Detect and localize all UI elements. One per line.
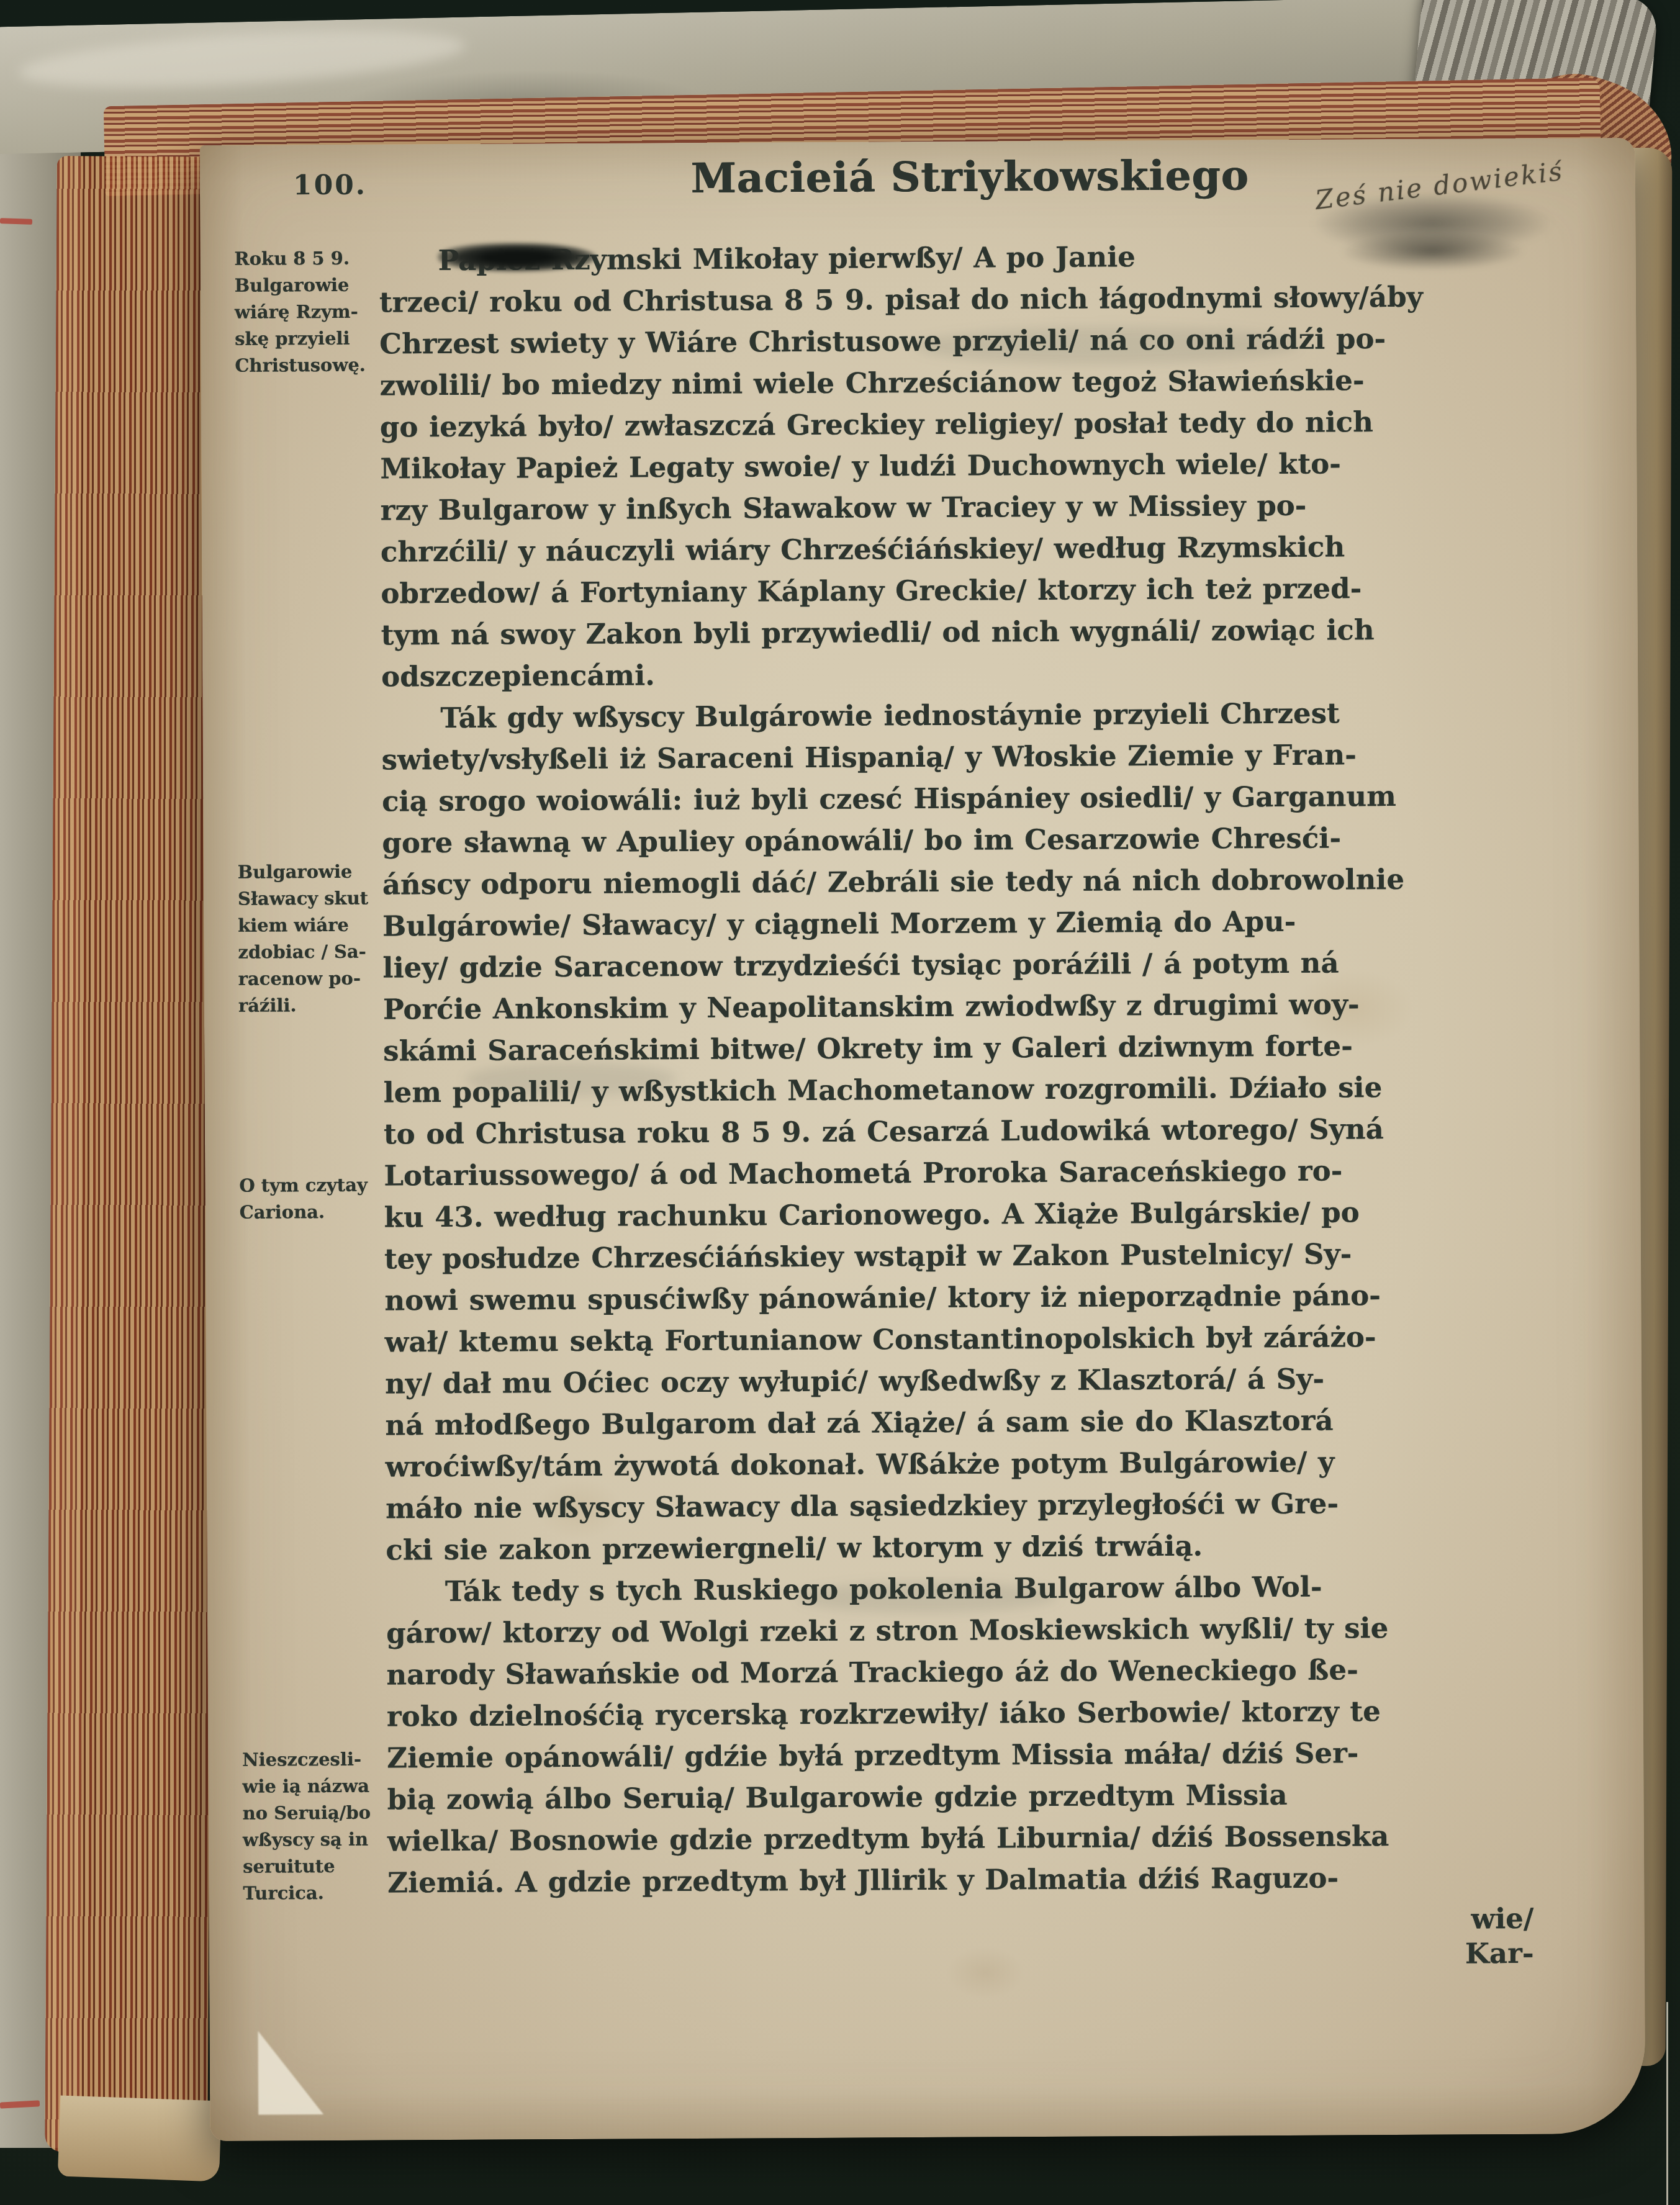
body-line: swiety/vsłyßeli iż Saraceni Hispanią/ y … (382, 737, 1493, 784)
body-line-text: áńscy odporu niemogli dáć/ Zebráli sie t… (382, 862, 1404, 903)
ink-blot (438, 243, 596, 272)
body-line-text: tey posłudze Chrzesćiáńskiey wstąpił w Z… (384, 1237, 1352, 1276)
body-line-text: ná młodßego Bulgarom dał zá Xiąże/ á sam… (385, 1404, 1333, 1443)
body-line: to od Christusa roku 8 5 9. zá Cesarzá L… (384, 1111, 1495, 1158)
margin-note-line: zdobiac / Sa- (238, 939, 386, 966)
body-line: tey posłudze Chrzesćiáńskiey wstąpił w Z… (384, 1236, 1496, 1283)
body-line-text: go iezyká było/ zwłaszczá Greckiey relig… (380, 405, 1373, 444)
body-line-text: rzy Bulgarow y inßych Sławakow w Traciey… (381, 489, 1307, 528)
page-edges-left (45, 156, 220, 2153)
body-line-text: gore sławną w Apuliey opánowáli/ bo im C… (382, 821, 1341, 860)
body-line: Ziemie opánowáli/ gdźie byłá przedtym Mi… (387, 1735, 1498, 1782)
margin-note-line: Roku 8 5 9. (234, 245, 382, 273)
body-line: Ták tedy s tych Ruskiego pokolenia Bulga… (386, 1569, 1497, 1616)
body-line-text: wroćiwßy/tám żywotá dokonał. Wßákże poty… (386, 1445, 1335, 1485)
body-line: wielka/ Bosnowie gdzie przedtym byłá Lib… (387, 1818, 1499, 1865)
body-line: ku 43. według rachunku Carionowego. A Xi… (384, 1194, 1496, 1242)
body-line-text: tym ná swoy Zakon byli przywiedli/ od ni… (381, 613, 1375, 652)
margin-note-line: Turcica. (243, 1880, 391, 1907)
body-line-text: liey/ gdzie Saracenow trzydzieśći tysiąc… (382, 945, 1339, 985)
body-line-text: obrzedow/ á Fortyniany Káplany Greckie/ … (381, 571, 1362, 611)
body-line: Papież Rzymski Mikołay pierwßy/ A po Jan… (379, 238, 1490, 285)
body-line: nowi swemu spusćiwßy pánowánie/ ktory iż… (384, 1278, 1496, 1325)
body-line: trzeci/ roku od Christusa 8 5 9. pisał d… (379, 279, 1491, 327)
body-line-text: bią zowią álbo Seruią/ Bulgarowie gdzie … (387, 1778, 1287, 1818)
body-line: roko dzielnośćią rycerską rozkrzewiły/ i… (387, 1693, 1498, 1741)
margin-note: Nieszczesli-wie ią názwano Seruią/bowßys… (242, 1746, 391, 1907)
body-line: rzy Bulgarow y inßych Sławakow w Traciey… (381, 487, 1492, 534)
body-line: zwolili/ bo miedzy nimi wiele Chrześcián… (379, 363, 1491, 410)
body-line-text: gárow/ ktorzy od Wolgi rzeki z stron Mos… (386, 1611, 1388, 1651)
page-corner-fold (258, 2031, 324, 2115)
body-line-text: Ták gdy wßyscy Bulgárowie iednostáynie p… (440, 696, 1340, 736)
red-pen-mark (0, 218, 32, 225)
margin-note: O tym czytayCariona. (239, 1172, 387, 1226)
book-page: 100. Macieiá Striykowskiego Ześ nie dowi… (200, 138, 1646, 2141)
body-line: narody Sławańskie od Morzá Trackiego áż … (386, 1652, 1497, 1699)
body-line-text: nowi swemu spusćiwßy pánowánie/ ktory iż… (384, 1278, 1381, 1318)
margin-note-line: racenow po- (238, 965, 386, 993)
body-line-text: cki sie zakon przewiergneli/ w ktorym y … (386, 1529, 1203, 1568)
body-line-text: zwolili/ bo miedzy nimi wiele Chrześcián… (379, 363, 1364, 403)
margin-note-line: Nieszczesli- (242, 1746, 390, 1774)
body-line-text: Ziemiá. A gdzie przedtym był Jllirik y D… (387, 1861, 1339, 1901)
margin-note-line: Bulgarowie (235, 272, 382, 299)
body-line-text: Porćie Ankonskim y Neapolitanskim zwiodw… (383, 987, 1360, 1027)
margin-note-line: wßyscy są in (243, 1826, 391, 1854)
margin-note-line: wie ią názwa (242, 1773, 390, 1800)
body-line: cią srogo woiowáli: iuż byli czesć Hispá… (382, 778, 1493, 826)
body-line: go iezyká było/ zwłaszczá Greckiey relig… (380, 404, 1491, 451)
body-line-text: swiety/vsłyßeli iż Saraceni Hispanią/ y … (382, 737, 1357, 777)
body-line: lem popalili/ y wßystkich Machometanow r… (383, 1070, 1494, 1117)
margin-note-line: seruitute (243, 1853, 391, 1880)
body-line: Ziemiá. A gdzie przedtym był Jllirik y D… (387, 1860, 1499, 1907)
body-line: Lotariussowego/ á od Machometá Proroka S… (384, 1153, 1495, 1200)
body-line-text: Bulgárowie/ Sławacy/ y ciągneli Morzem y… (382, 904, 1296, 944)
body-line: ná młodßego Bulgarom dał zá Xiąże/ á sam… (385, 1402, 1496, 1450)
body-line: gárow/ ktorzy od Wolgi rzeki z stron Mos… (386, 1610, 1497, 1657)
body-line: skámi Saraceńskimi bitwe/ Okrety im y Ga… (383, 1028, 1494, 1075)
margin-note-line: ráźili. (238, 992, 386, 1019)
body-line-text: Ták tedy s tych Ruskiego pokolenia Bulga… (445, 1570, 1322, 1609)
body-line-text: chrzćili/ y náuczyli wiáry Chrześćiáński… (381, 530, 1345, 569)
body-line: liey/ gdzie Saracenow trzydzieśći tysiąc… (382, 945, 1494, 992)
margin-note: BulgarowieSławacy skutkiem wiárezdobiac … (238, 859, 386, 1019)
margin-note-line: Christusowę. (235, 352, 382, 379)
body-line: máło nie wßyscy Sławacy dla sąsiedzkiey … (386, 1486, 1497, 1533)
margin-note-line: kiem wiáre (238, 912, 386, 939)
body-line-text: wał/ ktemu sektą Fortunianow Constantino… (385, 1320, 1376, 1360)
body-line: wie/ Kar- (387, 1901, 1499, 1949)
body-line-text: odszczepiencámi. (381, 658, 655, 694)
book-photo: 100. Macieiá Striykowskiego Ześ nie dowi… (0, 0, 1680, 2205)
margin-note: Roku 8 5 9.Bulgarowiewiárę Rzym-skę przy… (234, 245, 382, 379)
margin-note-line: wiárę Rzym- (235, 299, 382, 326)
body-line: chrzćili/ y náuczyli wiáry Chrześćiáński… (381, 529, 1492, 576)
body-line-text: ny/ dał mu Oćiec oczy wyłupić/ wyßedwßy … (385, 1362, 1324, 1402)
body-line: obrzedow/ á Fortyniany Káplany Greckie/ … (381, 570, 1492, 618)
body-line-text: cią srogo woiowáli: iuż byli czesć Hispá… (382, 779, 1396, 819)
body-line: wroćiwßy/tám żywotá dokonał. Wßákże poty… (386, 1444, 1497, 1491)
body-line: ny/ dał mu Oćiec oczy wyłupić/ wyßedwßy … (385, 1361, 1496, 1408)
body-line: Porćie Ankonskim y Neapolitanskim zwiodw… (383, 986, 1494, 1034)
body-text: Papież Rzymski Mikołay pierwßy/ A po Jan… (379, 238, 1499, 1949)
bookmark-thread (1666, 2002, 1668, 2205)
page-edges-bottom (58, 2096, 222, 2182)
body-line-text: máło nie wßyscy Sławacy dla sąsiedzkiey … (386, 1487, 1339, 1526)
body-line-text: roko dzielnośćią rycerską rozkrzewiły/ i… (387, 1694, 1381, 1734)
body-line: Chrzest swiety y Wiáre Christusowe przyi… (379, 321, 1491, 368)
body-line-text: ku 43. według rachunku Carionowego. A Xi… (384, 1195, 1360, 1235)
body-line: bią zowią álbo Seruią/ Bulgarowie gdzie … (387, 1777, 1498, 1824)
body-line-text: wie/ Kar- (1465, 1901, 1499, 1949)
margin-note-line: Sławacy skut (238, 885, 386, 913)
body-line-text: wielka/ Bosnowie gdzie przedtym byłá Lib… (387, 1819, 1389, 1859)
body-line: gore sławną w Apuliey opánowáli/ bo im C… (382, 820, 1493, 867)
body-line-text: Mikołay Papież Legaty swoie/ y ludźi Duc… (380, 446, 1341, 486)
body-line: odszczepiencámi. (381, 654, 1493, 701)
body-line: áńscy odporu niemogli dáć/ Zebráli sie t… (382, 862, 1494, 909)
body-line-text: narody Sławańskie od Morzá Trackiego áż … (386, 1653, 1358, 1692)
margin-note-line: O tym czytay (239, 1172, 387, 1199)
body-line: cki sie zakon przewiergneli/ w ktorym y … (386, 1527, 1497, 1574)
margin-note-line: no Seruią/bo (243, 1800, 391, 1827)
body-line-text: to od Christusa roku 8 5 9. zá Cesarzá L… (384, 1112, 1384, 1152)
body-line: Bulgárowie/ Sławacy/ y ciągneli Morzem y… (382, 903, 1494, 950)
body-line-text: Lotariussowego/ á od Machometá Proroka S… (384, 1153, 1342, 1193)
body-line: Ták gdy wßyscy Bulgárowie iednostáynie p… (381, 695, 1493, 742)
margin-note-line: skę przyieli (235, 325, 382, 353)
margin-note-line: Cariona. (239, 1199, 387, 1226)
body-line-text: Ziemie opánowáli/ gdźie byłá przedtym Mi… (387, 1736, 1359, 1775)
body-line: Mikołay Papież Legaty swoie/ y ludźi Duc… (380, 446, 1491, 493)
body-line-text: Chrzest swiety y Wiáre Christusowe przyi… (379, 322, 1386, 361)
body-line-text: skámi Saraceńskimi bitwe/ Okrety im y Ga… (383, 1029, 1353, 1068)
margin-notes: Roku 8 5 9.Bulgarowiewiárę Rzym-skę przy… (234, 145, 392, 2141)
body-line: tym ná swoy Zakon byli przywiedli/ od ni… (381, 612, 1493, 659)
body-line-text: lem popalili/ y wßystkich Machometanow r… (383, 1070, 1382, 1110)
body-line-text: trzeci/ roku od Christusa 8 5 9. pisał d… (379, 280, 1423, 320)
margin-note-line: Bulgarowie (238, 859, 386, 886)
body-line: wał/ ktemu sektą Fortunianow Constantino… (385, 1319, 1496, 1366)
